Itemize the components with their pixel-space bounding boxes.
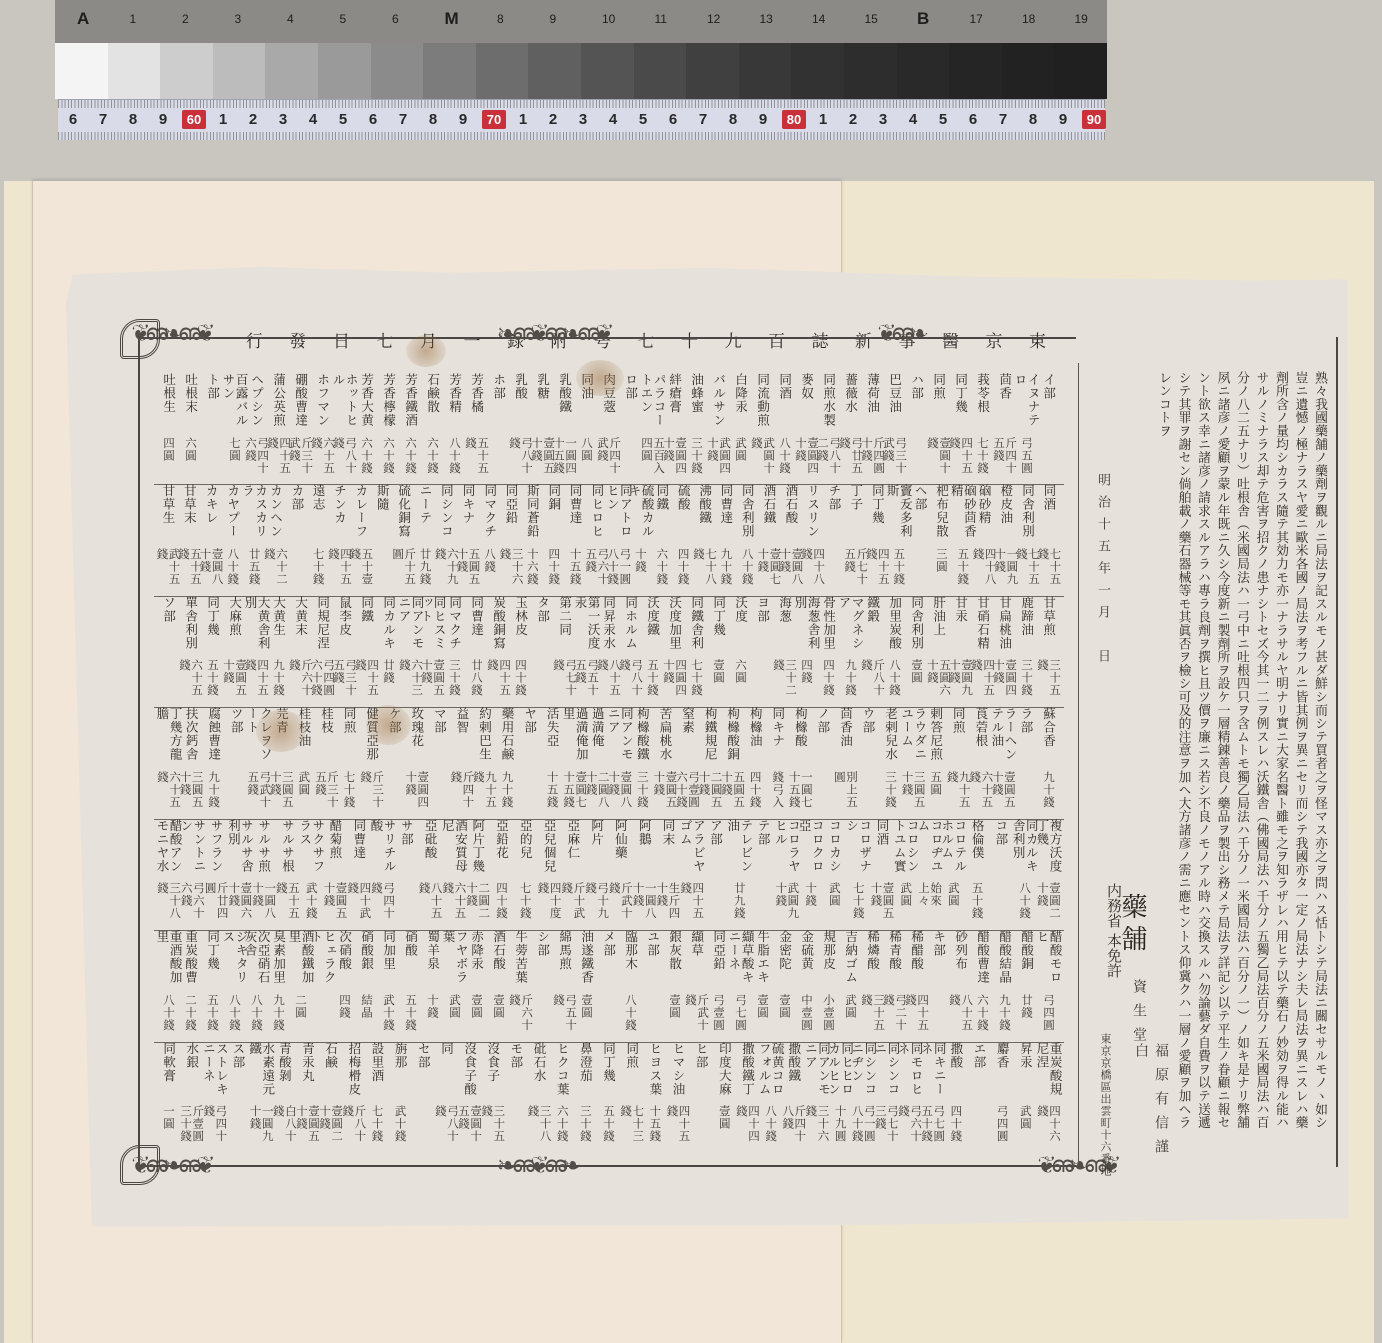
drug-price: 七十錢: [313, 548, 325, 596]
gray-patch: [371, 43, 424, 99]
drug-price: 四十五錢: [666, 1105, 690, 1153]
price-entry: 甘草煎三十五錢: [1038, 596, 1060, 707]
drug-price: 斤六十錢: [509, 994, 533, 1042]
drug-name: 砒石水: [533, 1042, 546, 1100]
drug-price: 三圓: [936, 548, 948, 596]
drug-name: 莨菪根: [975, 707, 988, 765]
price-entry: ヒヨス葉十五錢: [644, 1042, 666, 1153]
drug-price: 武圓: [1020, 1105, 1032, 1153]
price-entry: 單舎利別六十五錢: [180, 596, 202, 707]
drug-name: ラ部: [1020, 707, 1033, 765]
price-entry: 同キナ錢弓入: [767, 707, 789, 818]
price-entry: 同カルキ舎利別八十錢: [1014, 819, 1036, 930]
price-entries: 同酒七十五錢同舎利別七十五錢橙皮油一圓九十錢硇砂精四十八錢硇砂茴香精五十錢杷布兒…: [154, 484, 1064, 595]
price-entry: 撒酸四十錢: [945, 1042, 967, 1153]
drug-price: 二圓二十錢: [466, 882, 490, 930]
drug-price: 三十錢: [449, 659, 461, 707]
price-entry: ヒマシ油四十五錢: [667, 1042, 689, 1153]
drug-name: 薔薇水: [844, 373, 857, 431]
target-label: 10: [602, 12, 615, 26]
price-entry: ラウダニユーム三圓五十錢: [903, 707, 925, 818]
price-entry: 窒素弓壹圓六十錢: [677, 707, 699, 818]
drug-name: サルサ舎利別: [227, 819, 253, 877]
drug-price: 六圓: [735, 659, 747, 707]
price-table-band: 同酒七十五錢同舎利別七十五錢橙皮油一圓九十錢硇砂精四十八錢硇砂茴香精五十錢杷布兒…: [154, 484, 1064, 596]
drug-price: 弓武十五錢: [247, 771, 271, 819]
ruler-number: 9: [452, 111, 474, 128]
price-entry: 扶次鈣舎三圓五十錢: [181, 707, 203, 818]
price-entry: 約剌巴生九十五錢: [474, 707, 496, 818]
drug-price: 二圓八十錢: [586, 771, 610, 819]
drug-name: サクサフラス: [299, 819, 325, 877]
drug-name: キ部: [932, 930, 945, 988]
drug-name: 乳酸: [514, 373, 527, 431]
drug-price: 廿九錢: [419, 548, 431, 596]
signature-block: 内務省 本免許 藥舗 東京京橋區出雲町十六番地 資生堂 福原有信謹白: [1081, 883, 1171, 1183]
price-entry: 薄荷油斤四圓十錢: [862, 373, 884, 484]
drug-price: 壹圓: [779, 994, 791, 1042]
ruler-number: 5: [632, 111, 654, 128]
price-entry: ヒクコ葉六十錢: [552, 1042, 574, 1153]
price-entry: チンカ四十五錢: [329, 484, 350, 595]
price-entry: 同流動煎武圓十錢: [752, 373, 774, 484]
price-entry: 同煎七十三錢: [621, 1042, 643, 1153]
drug-name: ア部: [709, 819, 722, 877]
price-entry: 纈草酸キニーネ弓七圓: [730, 930, 752, 1041]
drug-name: ヒヨス葉: [649, 1042, 662, 1100]
target-label: 9: [550, 12, 557, 26]
price-entry: 重炭酸規尼涅四十六錢: [1038, 1042, 1060, 1153]
drug-price: 七十錢: [977, 437, 989, 485]
drug-name: 蘇合香: [1042, 707, 1055, 765]
drug-price: 七十五錢: [1037, 548, 1061, 596]
price-entry: 同シンコニ弓七十三錢: [876, 1042, 898, 1153]
drug-name: 海葱: [778, 596, 791, 654]
drug-price: 十錢: [635, 548, 647, 596]
drug-name: 甘草煎: [1042, 596, 1055, 654]
gray-patch: [581, 43, 634, 99]
drug-name: 同丁幾: [602, 1042, 615, 1100]
drug-price: 白八十錢: [273, 1105, 297, 1153]
price-entry: マグネシア九十錢: [840, 596, 862, 707]
price-entry: 海葱三十二錢: [774, 596, 796, 707]
drug-price: 壹圓七十五錢: [563, 771, 587, 819]
target-label: 19: [1075, 12, 1088, 26]
price-entry: 臭素加里九十錢: [268, 930, 290, 1041]
drug-price: 六圓: [185, 437, 197, 485]
drug-price: 六十錢: [977, 994, 989, 1042]
drug-price: 斤四十五錢: [993, 437, 1017, 485]
drug-name: 芳香鐵酒: [404, 373, 417, 431]
price-entry: 吉納ゴム武圓: [840, 930, 862, 1041]
drug-name: 同曹達: [720, 484, 733, 542]
price-entry: フヤボラ葉武圓: [444, 930, 466, 1041]
drug-name: 玉林皮: [514, 596, 527, 654]
drug-price: 弓七圓: [735, 994, 747, 1042]
price-entry: 鼻澄茄三十錢: [575, 1042, 597, 1153]
drug-price: 始來上々: [918, 882, 942, 930]
drug-price: 壹圓: [757, 994, 769, 1042]
drug-name: シ部: [536, 930, 549, 988]
drug-price: 斤四十錢: [450, 771, 474, 819]
price-entry: 同丁幾五十錢: [598, 1042, 620, 1153]
price-entry: 蒲公英煎四十五錢: [268, 373, 290, 484]
price-entry: 同ヒヒロカルヒン十九圓: [830, 1042, 852, 1153]
drug-price: 斤十武錢: [561, 882, 585, 930]
drug-price: 武十錢: [306, 882, 318, 930]
price-entry: 硫化銅寫斤十五圓: [393, 484, 414, 595]
drug-price: 五十錢: [207, 994, 219, 1042]
drug-price: 斤四十八錢: [782, 1105, 806, 1153]
price-entry: コロカシ武圓: [824, 819, 846, 930]
drug-price: 斤三十錢: [360, 771, 384, 819]
drug-price: 一圓: [163, 1105, 175, 1153]
price-entry: 酒安質母尼六十五錢: [443, 819, 465, 930]
price-entry: 設里酒七十錢: [366, 1042, 388, 1153]
drug-name: コロザナシ: [846, 819, 872, 877]
drug-price: 壹圓: [471, 994, 483, 1042]
price-entry: 硝酸銀結晶: [356, 930, 378, 1041]
price-entry: 油蜂蜜三十錢: [686, 373, 708, 484]
drug-name: 同マクチ: [484, 484, 497, 542]
price-entry: 益智斤四十錢: [451, 707, 473, 818]
drug-price: 三十錢: [1021, 659, 1033, 707]
price-entry: ホ部: [488, 373, 510, 484]
drug-price: 八十錢: [765, 1105, 777, 1153]
price-entry: 稀燐酸三十五錢: [862, 930, 884, 1041]
drug-name: 杷布兒散: [935, 484, 948, 542]
ruler-number: 1: [212, 111, 234, 128]
drug-price: 八十五錢: [419, 882, 443, 930]
drug-price: 五十錢: [647, 659, 659, 707]
price-entry: 油遂鐵香壹圓: [576, 930, 598, 1041]
drug-name: 硫酸: [677, 484, 690, 542]
drug-price: 弓四圓: [1043, 994, 1055, 1042]
price-entry: 茴香油別上五圓: [835, 707, 857, 818]
drug-name: 同キニーネ: [920, 1042, 946, 1100]
price-entry: 薔薇水弓廿五錢: [840, 373, 862, 484]
price-entry: 同丁幾壹圓: [708, 596, 730, 707]
drug-name: 同マクチ: [448, 596, 461, 654]
price-entry: ラ部: [1015, 707, 1037, 818]
drug-price: 中壹圓: [801, 994, 813, 1042]
drug-price: 壹圓八十錢: [608, 771, 632, 819]
drug-name: 稀青酸: [888, 930, 901, 988]
price-entry: 醋菊煎壹圓五十錢: [324, 819, 346, 930]
price-entry: ヒ部: [691, 1042, 713, 1153]
drug-price: 壹圓五十錢: [323, 882, 347, 930]
drug-price: 十六錢: [527, 548, 539, 596]
price-entry: 同鐵舎利七十錢: [686, 596, 708, 707]
drug-name: 撒酸: [950, 1042, 963, 1100]
price-entry: 同煎水製弓八十二錢: [818, 373, 840, 484]
price-entry: ス部: [227, 1042, 249, 1153]
price-entry: テ部: [753, 819, 775, 930]
drug-name: 鼻澄茄: [579, 1042, 592, 1100]
drug-price: 五圓五十錢: [456, 548, 480, 596]
drug-name: 同曹達: [569, 484, 582, 542]
drug-price: 三十五錢: [1037, 659, 1061, 707]
stain: [366, 705, 411, 745]
drug-name: 阿片丁幾: [472, 819, 485, 877]
drug-name: 過満俺: [591, 707, 604, 765]
drug-name: 次亞硝石灰舎: [244, 930, 270, 988]
drug-name: 同シンコ: [440, 484, 453, 542]
price-entry: 乳糖壹圓五十錢: [532, 373, 554, 484]
target-label: 18: [1022, 12, 1035, 26]
price-entry: 吐根末六圓: [180, 373, 202, 484]
ruler-number: 7: [992, 111, 1014, 128]
drug-price: 弓壹圓六十錢: [676, 771, 700, 819]
drug-name: 同舎利別: [910, 596, 923, 654]
drug-name: テレビン油: [727, 819, 753, 877]
drug-price: 弓一圓八十錢: [852, 1105, 876, 1153]
price-entry: ハ部: [906, 373, 928, 484]
price-entry: 大麻煎壹圓五十錢: [224, 596, 246, 707]
price-entry: 醋酸モロヒ弓四圓: [1038, 930, 1060, 1041]
price-entry: 同アンモニア三十六錢: [806, 1042, 828, 1153]
price-entry: サリチル酸弓四十錢: [372, 819, 394, 930]
price-entry: 沒食子三十五錢: [482, 1042, 504, 1153]
price-entry: 枸櫞酸一圓七十五錢: [790, 707, 812, 818]
price-entry: 亞麻仁斤十武錢: [562, 819, 584, 930]
drug-price: 五十五錢: [276, 882, 300, 930]
preface-panel: 熟々我國藥舗ノ藥劑ヲ觀ルニ局法ヲ記スルモノ甚ダ鮮シ而シテ買者之ヲ怪マス亦之ヲ問ハ…: [1078, 363, 1341, 1163]
drug-price: 九十錢: [208, 771, 220, 819]
ruler-number: 6: [362, 111, 384, 128]
drug-price: 弓七十三錢: [875, 1105, 899, 1153]
price-entry: 規那皮小壹圓: [818, 930, 840, 1041]
drug-name: 丁子: [850, 484, 863, 542]
drug-price: 弓三十武錢: [883, 437, 907, 485]
drug-name: 硫酸カルキ: [628, 484, 654, 542]
drug-name: サルサ根: [281, 819, 294, 877]
drug-name: 第一沃度汞: [574, 596, 600, 654]
drug-name: 硫黄コロフォルム: [758, 1042, 784, 1100]
drug-price: 弓五十錢: [553, 994, 577, 1042]
price-entry: 茴香斤四十五錢: [994, 373, 1016, 484]
price-entry: 斯同蒼鉛十六錢: [522, 484, 543, 595]
drug-name: 乳酸鐵: [558, 373, 571, 431]
drug-name: 同煎: [952, 707, 965, 765]
price-entry: 醋酸銅廿錢: [1016, 930, 1038, 1041]
price-entry: カレーフ五十壹錢: [351, 484, 372, 595]
drug-price: 一圓九十錢: [250, 1105, 274, 1153]
price-entry: 亞的兒七十錢: [515, 819, 537, 930]
price-entry: 同キニーネ弓七圓五十錢: [922, 1042, 944, 1153]
drug-price: 別上五圓: [834, 771, 858, 819]
drug-price: 壹圓二十錢: [319, 1105, 343, 1153]
price-entry: 老剌兒水三十錢: [880, 707, 902, 818]
drug-name: メ部: [602, 930, 615, 988]
drug-name: 同流動煎: [756, 373, 769, 431]
drug-name: ニーテ: [419, 484, 432, 542]
drug-price: 斤四十武錢: [597, 437, 621, 485]
drug-name: 吉納ゴム: [844, 930, 857, 988]
price-entry: ホフマン六十五錢: [312, 373, 334, 484]
drug-price: 斤十五圓: [392, 548, 416, 596]
price-entry: 同煎七十錢: [339, 707, 361, 818]
drug-price: 八十錢: [1019, 882, 1031, 930]
target-label: 12: [707, 12, 720, 26]
price-entry: 石鹸壹圓二十錢: [320, 1042, 342, 1153]
drug-price: 四錢: [801, 659, 813, 707]
ruler-number: 8: [122, 111, 144, 128]
price-entry: 同丁幾四十五錢: [950, 373, 972, 484]
drug-price: 弓七圓五十錢: [921, 1105, 945, 1153]
price-entry: 大黄生九十錢: [268, 596, 290, 707]
drug-price: 四十錢: [515, 659, 527, 707]
price-entry: カンヘン六十二錢: [265, 484, 286, 595]
drug-name: チ部: [828, 484, 841, 542]
gray-patch: [528, 43, 581, 99]
drug-price: 壹圓五十錢: [296, 1105, 320, 1153]
price-entry: ラーヘンテル油壹圓五十錢: [993, 707, 1015, 818]
drug-price: 斤廿四圓: [205, 882, 229, 930]
price-entry: 硫黄コロフォルム八十錢: [760, 1042, 782, 1153]
drug-price: 四十五錢: [245, 659, 269, 707]
price-entry: 綿馬煎弓五十錢: [554, 930, 576, 1041]
drug-price: 四圓: [163, 437, 175, 485]
price-entry: ヘプシン弓四十六錢: [246, 373, 268, 484]
drug-name: 鹿蹄油: [1020, 596, 1033, 654]
price-entry: アラビヤゴム四十五錢: [681, 819, 703, 930]
target-label: 8: [497, 12, 504, 26]
price-entry: 同弓八十錢: [436, 1042, 458, 1153]
drug-name: カンヘン: [269, 484, 282, 542]
price-entry: 芳香精八十錢: [444, 373, 466, 484]
drug-price: 十九圓: [835, 1105, 847, 1153]
price-entry: ユ部: [642, 930, 664, 1041]
price-entry: 格倫僕五十錢: [967, 819, 989, 930]
drug-name: 甘硝石精: [976, 596, 989, 654]
gray-patch: [318, 43, 371, 99]
price-entry: 沸酸鐵七十八錢: [694, 484, 715, 595]
drug-name: チンカ: [333, 484, 346, 542]
drug-name: コロクロ亞: [798, 819, 824, 877]
price-entry: コロテルホルム武圓: [943, 819, 965, 930]
drug-name: 次硝酸: [338, 930, 351, 988]
ruler-number: 3: [272, 111, 294, 128]
ruler-number: 60: [182, 110, 206, 129]
drug-name: 亞鉛花: [495, 819, 508, 877]
drug-name: 同昇汞水: [602, 596, 615, 654]
price-entry: 莨菪根六十五錢: [970, 707, 992, 818]
drug-name: テ部: [757, 819, 770, 877]
drug-name: 同酒: [778, 373, 791, 431]
price-entry: サ部: [396, 819, 418, 930]
drug-price: 武圓: [900, 882, 912, 930]
gray-patch: [160, 43, 213, 99]
drug-name: カ部: [291, 484, 304, 542]
grayscale-strip: [55, 43, 1107, 99]
stain: [576, 360, 624, 396]
drug-name: 複方沃度丁幾: [1036, 819, 1062, 877]
price-entry: 芳香檸檬六十錢: [378, 373, 400, 484]
drug-price: 弓四十錢: [371, 882, 395, 930]
drug-name: 銀灰散: [668, 930, 681, 988]
drug-price: 三十錢: [580, 1105, 592, 1153]
drug-name: 甘扁桃油: [998, 596, 1011, 654]
price-entry: コロヂユム始來上々: [919, 819, 941, 930]
drug-name: 同丁幾: [712, 596, 725, 654]
gray-patch: [686, 43, 739, 99]
drug-price: 七十錢: [371, 1105, 383, 1153]
price-entry: 硇砂精四十八錢: [974, 484, 995, 595]
drug-price: 壹圓五十錢: [421, 659, 445, 707]
price-entry: 酒酸鐵加里二圓: [290, 930, 312, 1041]
price-entry: 同鐵四十五錢: [356, 596, 378, 707]
price-entry: ヒェラクト: [312, 930, 334, 1041]
price-entry: ヨ部: [752, 596, 774, 707]
drug-name: 旃那: [394, 1042, 407, 1100]
drug-name: 亞兒個兒: [543, 819, 556, 877]
gray-patch: [791, 43, 844, 99]
drug-price: 一圓八十錢: [633, 882, 657, 930]
drug-name: 撒酸鐵丁: [741, 1042, 754, 1100]
border-left: [138, 337, 140, 1167]
drug-name: イ部: [1042, 373, 1055, 431]
gray-patch: [739, 43, 792, 99]
drug-name: 同軟膏: [162, 1042, 175, 1100]
drug-name: 阿鵝: [638, 819, 651, 877]
price-entry: 鼠李皮弓三十五錢: [334, 596, 356, 707]
drug-price: 七圓: [229, 437, 241, 485]
drug-price: 五十五錢: [465, 437, 489, 485]
drug-name: 同鐵: [360, 596, 373, 654]
drug-name: 枸櫞酸鐵: [636, 707, 649, 765]
drug-name: 白降汞: [734, 373, 747, 431]
drug-name: 丁幾方龍膽: [156, 707, 182, 765]
price-entry: 同丁幾五十錢: [202, 596, 224, 707]
drug-price: 九十五錢: [947, 771, 971, 819]
price-entry: 同昇汞水八十五錢: [598, 596, 620, 707]
price-entry: 甘硝石精四十五錢: [972, 596, 994, 707]
drug-name: カレーフ: [355, 484, 368, 542]
price-entry: 赤降汞壹圓: [466, 930, 488, 1041]
drug-price: 廿五錢: [249, 548, 261, 596]
target-label: 5: [340, 12, 347, 26]
drug-name: セ部: [417, 1042, 430, 1100]
price-entry: ヘ部: [910, 484, 931, 595]
price-entry: 沃度六圓: [730, 596, 752, 707]
drug-price: 壹圓: [493, 994, 505, 1042]
drug-price: 八十錢: [227, 548, 239, 596]
price-entry: 同舎利別七十五錢: [1017, 484, 1038, 595]
drug-name: 沃度鐵: [646, 596, 659, 654]
price-entry: 醋酸曹達六十錢: [972, 930, 994, 1041]
drug-name: 牛脂エキ: [756, 930, 769, 988]
price-table: イ部イヌナテロ弓五圓茴香斤四十五錢莪苓根七十錢同丁幾四十五錢同煎壹圓十錢ハ部巴豆…: [154, 373, 1064, 1153]
drug-price: 弓八十錢: [619, 659, 643, 707]
drug-name: 昇汞: [1019, 1042, 1032, 1100]
drug-name: 腐蝕曹達: [208, 707, 221, 765]
drug-price: 九十錢: [845, 659, 857, 707]
drug-name: 約剌巴生: [478, 707, 491, 765]
drug-name: 斯同蒼鉛: [526, 484, 539, 542]
drug-name: ヘプシン: [250, 373, 263, 431]
price-entries: 重炭酸規尼涅四十六錢昇汞武圓麝香弓四圓エ部撒酸四十錢同キニーネ弓七圓五十錢同モロ…: [154, 1042, 1064, 1153]
ruler-number: 3: [572, 111, 594, 128]
drug-name: 藥用石鹸: [501, 707, 514, 765]
drug-price: 八十錢: [449, 437, 461, 485]
drug-price: 六十錢: [656, 548, 668, 596]
drug-name: 招梅榾皮: [348, 1042, 361, 1100]
price-entry: 芳香橘五十五錢: [466, 373, 488, 484]
ruler-number: 8: [422, 111, 444, 128]
ruler-number: 5: [932, 111, 954, 128]
drug-price: 武圓: [735, 437, 747, 485]
